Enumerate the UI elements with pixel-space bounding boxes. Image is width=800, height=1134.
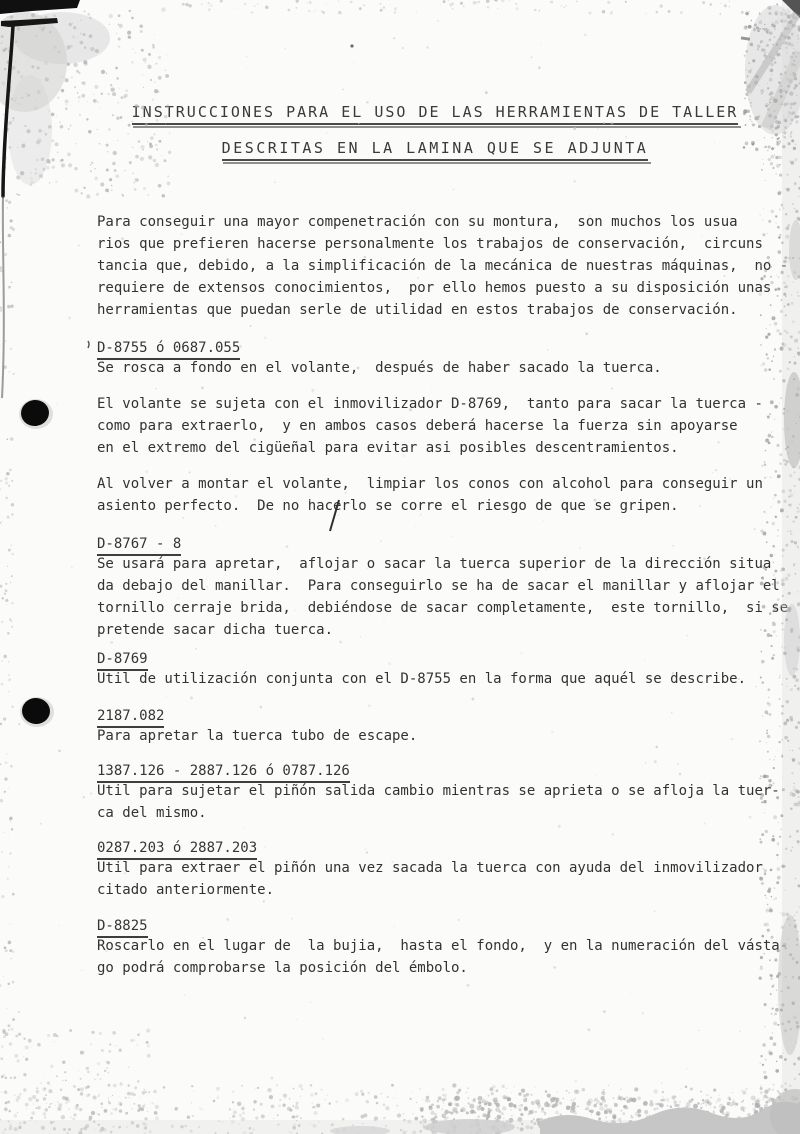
page-subtitle: DESCRITAS EN LA LAMINA QUE SE ADJUNTA bbox=[97, 139, 773, 161]
paragraph-line: tancia que, debido, a la simplificación … bbox=[97, 255, 787, 277]
paragraph-line: Para conseguir una mayor compenetración … bbox=[97, 211, 787, 233]
section-heading: D-8767 - 8 bbox=[97, 533, 787, 553]
tool-section: D-8825Roscarlo en el lugar de la bujia, … bbox=[97, 915, 787, 979]
paragraph-line: en el extremo del cigüeñal para evitar a… bbox=[97, 437, 787, 459]
paragraph-line: asiento perfecto. De no hacerlo se corre… bbox=[97, 495, 787, 517]
section-heading: 2187.082 bbox=[97, 705, 787, 725]
page-title-line-1: INSTRUCCIONES PARA EL USO DE LAS HERRAMI… bbox=[132, 103, 739, 125]
top-left-smudge bbox=[0, 12, 110, 185]
paragraph-line: El volante se sujeta con el inmovilizado… bbox=[97, 393, 787, 415]
section-paragraph: Util de utilización conjunta con el D-87… bbox=[97, 668, 787, 690]
paragraph-line: Al volver a montar el volante, limpiar l… bbox=[97, 473, 787, 495]
section-paragraph: Para apretar la tuerca tubo de escape. bbox=[97, 725, 787, 747]
paragraph-line: tornillo cerraje brida, debiéndose de sa… bbox=[97, 597, 787, 619]
scanned-document-page: INSTRUCCIONES PARA EL USO DE LAS HERRAMI… bbox=[0, 0, 800, 1134]
paragraph-line: citado anteriormente. bbox=[97, 879, 787, 901]
paragraph-line: herramientas que puedan serle de utilida… bbox=[97, 299, 787, 321]
section-heading: D-8755 ó 0687.055 bbox=[97, 337, 787, 357]
section-paragraph: El volante se sujeta con el inmovilizado… bbox=[97, 393, 787, 459]
section-paragraph: Roscarlo en el lugar de la bujia, hasta … bbox=[97, 935, 787, 979]
paragraph-line: go podrá comprobarse la posición del émb… bbox=[97, 957, 787, 979]
bottom-edge-smudge bbox=[0, 1089, 800, 1134]
section-heading: 0287.203 ó 2887.203 bbox=[97, 837, 787, 857]
paragraph-line: Roscarlo en el lugar de la bujia, hasta … bbox=[97, 935, 787, 957]
paragraph-line: Para apretar la tuerca tubo de escape. bbox=[97, 725, 787, 747]
paragraph-line: Util de utilización conjunta con el D-87… bbox=[97, 668, 787, 690]
top-left-crease-mark bbox=[0, 0, 80, 398]
paragraph-line: Util para sujetar el piñón salida cambio… bbox=[97, 780, 787, 802]
page-title: INSTRUCCIONES PARA EL USO DE LAS HERRAMI… bbox=[97, 103, 773, 125]
hole-punch-mark-bottom bbox=[20, 697, 54, 727]
section-paragraph: Al volver a montar el volante, limpiar l… bbox=[97, 473, 787, 517]
tool-section: 0287.203 ó 2887.203Util para extraer el … bbox=[97, 837, 787, 901]
tool-section: D-8755 ó 0687.055Se rosca a fondo en el … bbox=[97, 337, 787, 517]
hole-punch-mark-top bbox=[19, 398, 53, 429]
paragraph-line: requiere de extensos conocimientos, por … bbox=[97, 277, 787, 299]
section-heading: 1387.126 - 2887.126 ó 0787.126 bbox=[97, 760, 787, 780]
tool-section: D-8769Util de utilización conjunta con e… bbox=[97, 648, 787, 690]
section-paragraph: Util para sujetar el piñón salida cambio… bbox=[97, 780, 787, 824]
intro-paragraph: Para conseguir una mayor compenetración … bbox=[97, 211, 787, 321]
paragraph-line: da debajo del manillar. Para conseguirlo… bbox=[97, 575, 787, 597]
paragraph-line: ca del mismo. bbox=[97, 802, 787, 824]
paragraph-line: Se rosca a fondo en el volante, después … bbox=[97, 357, 787, 379]
section-paragraph: Util para extraer el piñón una vez sacad… bbox=[97, 857, 787, 901]
tool-section: 2187.082Para apretar la tuerca tubo de e… bbox=[97, 705, 787, 747]
section-paragraph: Se rosca a fondo en el volante, después … bbox=[97, 357, 787, 379]
paragraph-line: pretende sacar dicha tuerca. bbox=[97, 619, 787, 641]
tool-section: 1387.126 - 2887.126 ó 0787.126Util para … bbox=[97, 760, 787, 824]
section-heading: D-8825 bbox=[97, 915, 787, 935]
paragraph-line: rios que prefieren hacerse personalmente… bbox=[97, 233, 787, 255]
tool-section: D-8767 - 8Se usará para apretar, aflojar… bbox=[97, 533, 787, 641]
section-paragraph: Se usará para apretar, aflojar o sacar l… bbox=[97, 553, 787, 641]
page-title-line-2: DESCRITAS EN LA LAMINA QUE SE ADJUNTA bbox=[222, 139, 649, 161]
section-heading: D-8769 bbox=[97, 648, 787, 668]
paragraph-line: Se usará para apretar, aflojar o sacar l… bbox=[97, 553, 787, 575]
paragraph-line: como para extraerlo, y en ambos casos de… bbox=[97, 415, 787, 437]
paragraph-line: Util para extraer el piñón una vez sacad… bbox=[97, 857, 787, 879]
